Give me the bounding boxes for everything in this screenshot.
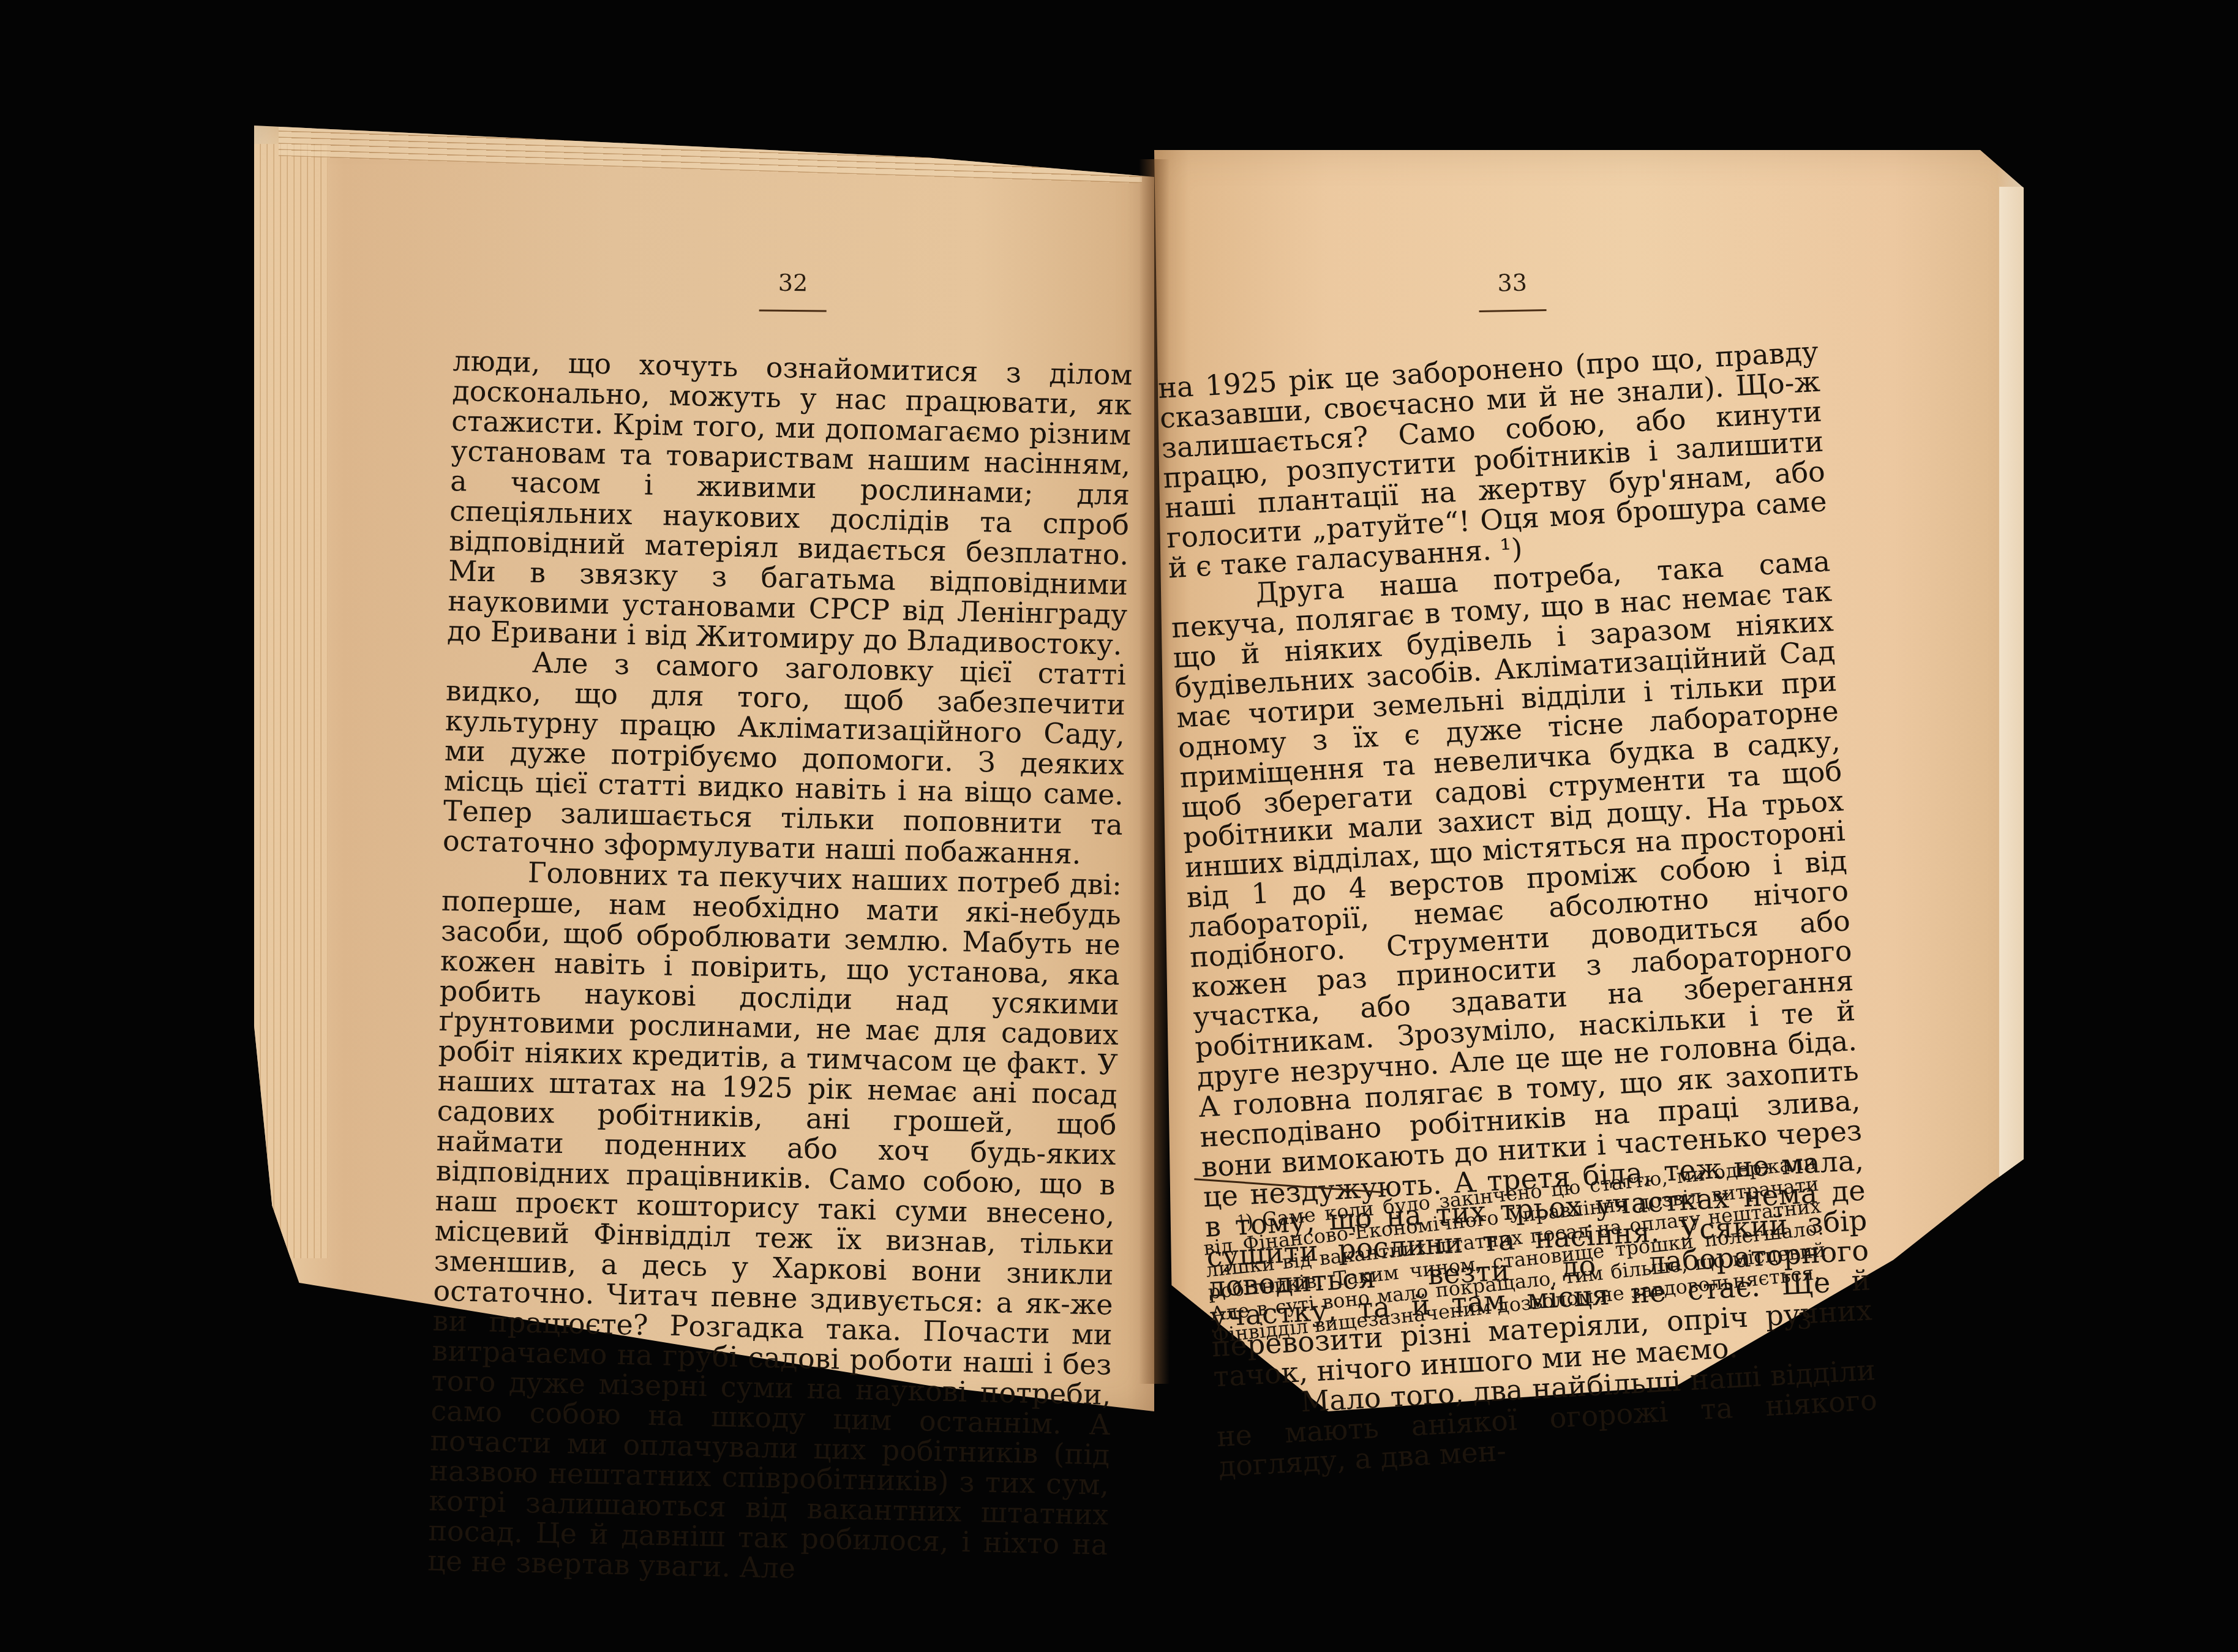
left-page-edges xyxy=(254,144,328,1258)
photo-scene: 32 33 люди, що хочуть ознайомитися з діл… xyxy=(0,0,2238,1652)
left-top-page-edges xyxy=(279,119,1142,183)
signature-mark: 3 xyxy=(1797,1307,1812,1334)
left-page-body: люди, що хочуть ознайомитися з ділом дос… xyxy=(427,346,1133,1590)
paragraph: люди, що хочуть ознайомитися з ділом дос… xyxy=(447,346,1133,660)
paragraph: Головних та пекучих наших потреб дві: по… xyxy=(427,856,1122,1590)
paragraph: Але з самого заголовку цієї статті видко… xyxy=(443,646,1127,870)
right-page-edges xyxy=(1999,187,2024,1203)
book-gutter xyxy=(1139,159,1170,1384)
paragraph: на 1925 рік це заборонено (про що, правд… xyxy=(1157,337,1829,584)
page-number-left: 32 xyxy=(756,269,830,312)
page-number-right: 33 xyxy=(1475,269,1549,312)
